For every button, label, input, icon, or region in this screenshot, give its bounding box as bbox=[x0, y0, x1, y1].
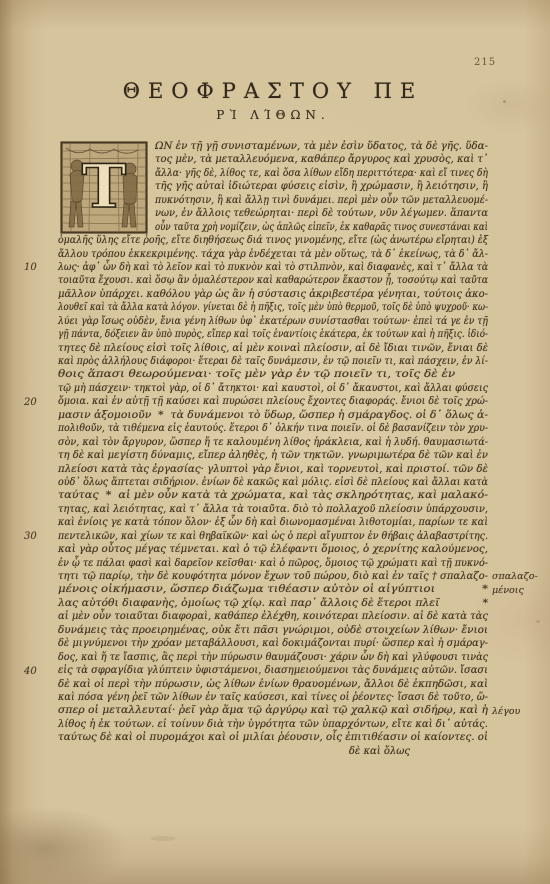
paper-stain bbox=[150, 836, 176, 841]
book-page: 215 ΘΕΟΦΡΑΣΤΟΥ ΠΕ ΡῚ ΛΊΘΩΝ. bbox=[0, 0, 550, 884]
text-line: λύει γὰρ ἴσως οὐδὲν, ἔνια γένη λίθων ὑφ᾽… bbox=[58, 315, 488, 328]
page-number: 215 bbox=[474, 57, 496, 68]
body-text: ΩΝ ἐν τῇ γῇ συνισταμένων, τὰ μὲν ἐσὶν ὕδ… bbox=[58, 140, 488, 758]
text-line: θοις ἅπασι θεωρούμεναι· τοῖς μὲν γὰρ ἐν … bbox=[58, 368, 488, 381]
text-line: εἰς τὰ σφραγίδια γλύπτειν ὑφιστάμενοι, δ… bbox=[58, 664, 488, 677]
text-line: πολιθοῦν, τὰ τιθέμενα εἰς ἑαυτούς. ἕτερο… bbox=[58, 422, 488, 435]
text-line: τητες δὲ πλείους εἰσὶ τοῖς λίθοις, αἱ μὲ… bbox=[58, 342, 488, 355]
text-line: οὐδ᾽ ὅλως ἅπτεται σιδήριον. ἐνίων δὲ κακ… bbox=[58, 476, 488, 489]
text-line: λως· ἀφ᾽ ὧν δὴ καὶ τὸ λεῖον καὶ τὸ πυκνὸ… bbox=[58, 261, 488, 274]
margin-note: μένοις bbox=[492, 584, 550, 597]
text-line: τῷ μὴ πάσχειν· τηκτοὶ γὰρ, οἱ δ᾽ ἄτηκτοι… bbox=[58, 382, 488, 395]
text-line: λας αὐτόθι διαφανὴς, ὁμοίως τῷ χίῳ. καὶ … bbox=[58, 597, 488, 610]
text-line: τοιαῦτα ἔχουσι. καὶ ὅσῳ ἂν ὁμαλέστερον κ… bbox=[58, 274, 488, 287]
text-line: καὶ γὰρ οὗτος μέγας τέμνεται. καὶ ὁ τῷ ἐ… bbox=[58, 543, 488, 556]
text-line: ταύτας * αἱ μὲν οὖν κατὰ τὰ χρώματα, καὶ… bbox=[58, 489, 488, 502]
margin-line-number: 40 bbox=[24, 665, 50, 678]
text-line: ἐν ᾧ τε πάλαι φασὶ καὶ δαρεῖον κεῖσθαι· … bbox=[58, 557, 488, 570]
text-line: μένοις οἰκήμασιν, ὥσπερ διάζωμα τιθέασιν… bbox=[58, 583, 488, 596]
page-title-line2: ΡῚ ΛΊΘΩΝ. bbox=[58, 108, 488, 122]
text-line: τῆς γῆς αὐταὶ ἰδιώτεραι φύσεις εἰσὶν, ἢ … bbox=[58, 180, 488, 193]
margin-line-number: 10 bbox=[24, 261, 50, 274]
text-line: τη δὲ καὶ μεγίστη δύναμις, εἴπερ ἀληθὲς,… bbox=[58, 449, 488, 462]
text-line: τητι τῷ παρίῳ, τὴν δὲ κουφότητα μόνον ἔχ… bbox=[58, 570, 488, 583]
text-line: δυνάμεις τὰς προειρημένας, οὐκ ἔτι πᾶσι … bbox=[58, 624, 488, 637]
text-line: ὅμοια. καὶ ἐν αὐτῇ τῇ καύσει καὶ πυρώσει… bbox=[58, 395, 488, 408]
text-line: καὶ πόσα γένη ῥεῖ τῶν λίθων ἐν ταῖς καύσ… bbox=[58, 691, 488, 704]
text-line: μᾶλλον ὑπάρχει. καθόλου γὰρ ὡς ἂν ἡ σύστ… bbox=[58, 288, 488, 301]
text-line: νων, ἐν ἄλλοις τεθεώρηται· περὶ δὲ τούτω… bbox=[58, 207, 488, 220]
text-line: πυκνότησιν, ἢ καὶ ἄλλῃ τινὶ δυνάμει. περ… bbox=[58, 194, 488, 207]
text-line: μασιν ἀξομοιοῦν * τὰ δυνάμενοι τὸ ὕδωρ, … bbox=[58, 409, 488, 422]
text-line: γῇ πάντα, δόξειεν ἂν ὑπὸ πυρὸς, εἴπερ κα… bbox=[58, 328, 488, 341]
text-line: δὲ καὶ ὅλως bbox=[58, 745, 488, 758]
paper-stain bbox=[536, 620, 540, 623]
text-line: δὲ καὶ οἱ περὶ τὴν πύρωσιν, ὡς λίθων ἐνί… bbox=[58, 678, 488, 691]
margin-line-number: 30 bbox=[24, 530, 50, 543]
text-line: πλείοσι κατὰ τὰς ἐργασίας· γλυπτοὶ γὰρ ἔ… bbox=[58, 463, 488, 476]
margin-note: λέγου bbox=[492, 705, 550, 718]
paper-speck bbox=[503, 100, 506, 103]
text-line: καὶ πρὸς ἀλλήλους διάφοροι· ἕτεραι δὲ τα… bbox=[58, 355, 488, 368]
text-line: τητας, καὶ λειότητας, καὶ τ᾽ ἄλλα τὰ τοι… bbox=[58, 503, 488, 516]
text-line: καὶ ἐνίοις γε κατὰ τόπον ὅλον· ἐξ ὧν δὴ … bbox=[58, 516, 488, 529]
text-line: σπερ οἱ μεταλλευταί· ῥεῖ γὰρ ἅμα τῷ ἀργύ… bbox=[58, 704, 488, 717]
text-line: τος μὲν, τὰ μεταλλευόμενα, καθάπερ ἄργυρ… bbox=[58, 153, 488, 166]
margin-line-number: 20 bbox=[24, 396, 50, 409]
text-line: ἄλλα· γῆς δὲ, λίθος τε, καὶ ὅσα λίθων εἴ… bbox=[58, 167, 488, 180]
text-line: λίθος ἡ ἐκ τούτων. εἰ τοίνυν διὰ τὴν ὑγρ… bbox=[58, 718, 488, 731]
text-line: ἄλλου τρόπου ἐκκεκριμένης. τάχα γὰρ ἐνδέ… bbox=[58, 248, 488, 261]
text-line: ΩΝ ἐν τῇ γῇ συνισταμένων, τὰ μὲν ἐσὶν ὕδ… bbox=[58, 140, 488, 153]
text-line: λουθεῖ καὶ τὰ ἄλλα κατὰ λόγον. γίνεται δ… bbox=[58, 301, 488, 314]
text-line: ταύτως δὲ καὶ οἱ πυρομάχοι καὶ οἱ μιλίαι… bbox=[58, 731, 488, 744]
text-line: πεντελικῶν, καὶ χίων τε καὶ θηβαϊκῶν· κα… bbox=[58, 530, 488, 543]
margin-note: σπαλαζο- bbox=[492, 570, 550, 583]
text-line: αἱ μὲν οὖν τοιαῦται διαφοραὶ, καθάπερ ἐλ… bbox=[58, 610, 488, 623]
text-line: σὸν, καὶ τὸν ἄργυρον, ὥσπερ ἥ τε καλουμέ… bbox=[58, 436, 488, 449]
text-line: ὁμαλῆς ὕλης εἴτε ῥοῆς, εἴτε διηθήσεως δι… bbox=[58, 234, 488, 247]
page-title: ΘΕΟΦΡΑΣΤΟΥ ΠΕ bbox=[58, 79, 488, 103]
text-line: δὲ μιγνύμενοι τὴν χρόαν μεταβάλλουσι, κα… bbox=[58, 637, 488, 650]
text-line: δος, καὶ ἥ τε ἴασπις, ἃς περὶ τὴν πύρωσι… bbox=[58, 651, 488, 664]
text-line: οὖν ταῦτα χρὴ νομίζειν, ὡς ἁπλῶς εἰπεῖν,… bbox=[58, 221, 488, 234]
